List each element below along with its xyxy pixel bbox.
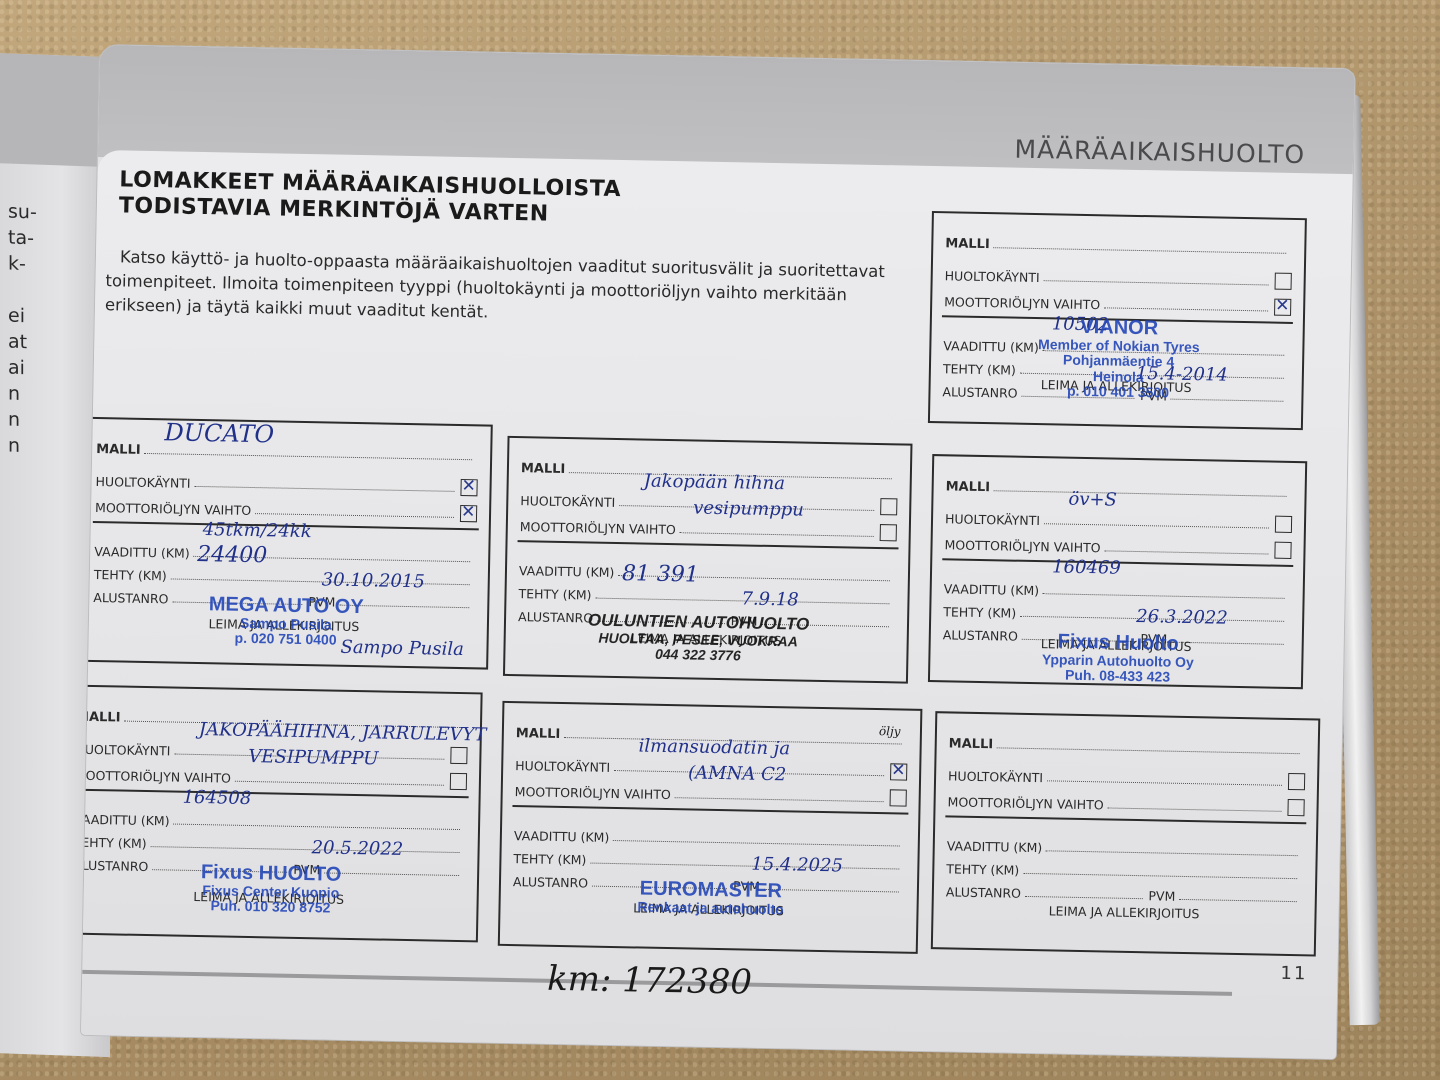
huoltokaynti-checkbox[interactable] — [1288, 773, 1305, 790]
dotted-line — [997, 747, 1300, 754]
dotted-line — [675, 797, 884, 802]
form-divider — [93, 521, 479, 530]
dotted-line — [564, 737, 902, 744]
dotted-line — [994, 490, 1287, 497]
form-row-oljynvaihto: MOOTTORIÖLJYN VAIHTO — [944, 532, 1291, 559]
dotted-line — [1046, 850, 1298, 856]
dotted-line — [1047, 780, 1282, 786]
form-row-tehty: TEHTY (KM) — [946, 856, 1303, 883]
form-divider — [945, 815, 1306, 824]
huoltokaynti-checkbox[interactable] — [890, 763, 907, 780]
dotted-line — [255, 513, 454, 518]
form-row-oljynvaihto: MOOTTORIÖLJYN VAIHTO — [81, 763, 467, 791]
form-row-oljynvaihto: MOOTTORIÖLJYN VAIHTO — [947, 789, 1304, 816]
form-label-oljynvaihto: MOOTTORIÖLJYN VAIHTO — [520, 519, 676, 537]
dotted-line — [145, 453, 473, 460]
form-label-oljynvaihto: MOOTTORIÖLJYN VAIHTO — [95, 500, 251, 518]
form-row-tehty: TEHTY (KM) — [943, 599, 1290, 626]
left-page-text-fragment: n — [8, 407, 20, 433]
form-label-oljynvaihto: MOOTTORIÖLJYN VAIHTO — [944, 537, 1100, 555]
form-row-vaadittu: VAADITTU (KM) — [947, 833, 1304, 860]
form-label-huoltokaynti: HUOLTOKÄYNTI — [515, 758, 610, 775]
form-label-malli: MALLI — [949, 736, 994, 752]
form-row-huoltokaynti: HUOLTOKÄYNTI — [95, 469, 477, 496]
page-heading: LOMAKKEET MÄÄRÄAIKAISHUOLLOISTA TODISTAV… — [119, 167, 622, 229]
section-title: MÄÄRÄAIKAISHUOLTO — [1014, 135, 1305, 170]
huoltokaynti-checkbox[interactable] — [1275, 273, 1292, 290]
form-row-malli: MALLI — [521, 456, 898, 483]
dotted-line — [1104, 307, 1268, 311]
form-label-pvm: PVM — [1148, 888, 1175, 904]
dotted-line — [1108, 807, 1282, 811]
service-stamp: Fixus HuoltoYpparin Autohuolto OyPuh. 08… — [1000, 629, 1236, 686]
form-label-oljynvaihto: MOOTTORIÖLJYN VAIHTO — [81, 768, 231, 786]
dotted-line — [124, 721, 462, 728]
form-label-vaadittu: VAADITTU (KM) — [81, 812, 170, 829]
service-stamp: MEGA AUTO OYSampo Pusilap. 020 751 0400 — [150, 592, 421, 650]
form-label-malli: MALLI — [946, 479, 991, 495]
form-label-tehty: TEHTY (KM) — [946, 861, 1019, 877]
oljynvaihto-checkbox[interactable] — [1274, 542, 1291, 559]
form-label-huoltokaynti: HUOLTOKÄYNTI — [948, 768, 1043, 785]
dotted-line — [194, 556, 471, 562]
page-number: 11 — [1280, 963, 1307, 985]
dotted-line — [1025, 896, 1143, 899]
form-divider — [518, 540, 899, 549]
left-page-text-fragment: ai — [8, 355, 25, 382]
dotted-line — [1043, 593, 1285, 599]
dotted-line — [680, 532, 874, 537]
form-row-malli: MALLI — [516, 721, 908, 749]
form-row-oljynvaihto: MOOTTORIÖLJYN VAIHTO — [515, 779, 907, 807]
dotted-line — [171, 578, 470, 585]
service-stamp: EUROMASTERRenkaat ja autohuolto — [570, 876, 851, 919]
dotted-line — [618, 575, 890, 581]
stamp-line: Puh. 08-433 423 — [1000, 667, 1235, 687]
form-row-oljynvaihto: MOOTTORIÖLJYN VAIHTO — [520, 514, 897, 541]
form-label-alustanro: ALUSTANRO — [946, 884, 1021, 900]
form-row-huoltokaynti: HUOLTOKÄYNTI — [945, 506, 1292, 533]
left-page-text-fragment: n — [8, 381, 20, 407]
form-row-malli: MALLI — [949, 731, 1306, 758]
form-label-vaadittu: VAADITTU (KM) — [519, 563, 615, 580]
service-form: MALLI HUOLTOKÄYNTI MOOTTORIÖLJYN VAIHTO … — [931, 711, 1320, 956]
dotted-line — [994, 247, 1287, 254]
form-label-huoltokaynti: HUOLTOKÄYNTI — [520, 493, 615, 510]
dotted-line — [1105, 550, 1269, 554]
handwritten-mileage-note: km: 172380 — [547, 959, 753, 1003]
left-page-text-fragment: ei — [8, 303, 25, 330]
huoltokaynti-checkbox[interactable] — [450, 747, 467, 764]
form-label-huoltokaynti: HUOLTOKÄYNTI — [945, 268, 1040, 285]
form-label-malli: MALLI — [945, 236, 990, 252]
dotted-line — [590, 863, 899, 870]
form-row-huoltokaynti: HUOLTOKÄYNTI — [515, 753, 907, 781]
dotted-line — [235, 781, 444, 786]
dotted-line — [613, 840, 900, 847]
form-label-malli: MALLI — [521, 461, 566, 477]
dotted-line — [569, 472, 892, 479]
booklet-page: MÄÄRÄAIKAISHUOLTO LOMAKKEET MÄÄRÄAIKAISH… — [81, 45, 1355, 1059]
dotted-line — [1023, 873, 1297, 879]
form-label-malli: MALLI — [96, 442, 141, 458]
service-form: MALLI HUOLTOKÄYNTI MOOTTORIÖLJYN VAIHTO … — [498, 701, 923, 954]
service-form: MALLI HUOLTOKÄYNTI MOOTTORIÖLJYN VAIHTO … — [81, 684, 483, 942]
form-row-huoltokaynti: HUOLTOKÄYNTI — [81, 737, 468, 765]
service-form: MALLI HUOLTOKÄYNTI MOOTTORIÖLJYN VAIHTO … — [928, 454, 1307, 689]
left-page-text-fragment: k- — [8, 251, 26, 278]
form-label-tehty: TEHTY (KM) — [513, 851, 586, 867]
form-label-oljynvaihto: MOOTTORIÖLJYN VAIHTO — [947, 794, 1103, 812]
form-row-huoltokaynti: HUOLTOKÄYNTI — [520, 488, 897, 515]
huoltokaynti-checkbox[interactable] — [1275, 516, 1292, 533]
huoltokaynti-checkbox[interactable] — [880, 498, 897, 515]
dotted-line — [614, 770, 884, 776]
form-row-malli: MALLI — [945, 231, 1292, 258]
form-row-huoltokaynti: HUOLTOKÄYNTI — [948, 763, 1305, 790]
dotted-line — [151, 846, 460, 853]
dotted-line — [1020, 616, 1284, 622]
service-form: MALLI HUOLTOKÄYNTI MOOTTORIÖLJYN VAIHTO … — [928, 211, 1307, 430]
dotted-line — [595, 598, 889, 605]
dotted-line — [174, 754, 444, 760]
service-form: MALLI HUOLTOKÄYNTI MOOTTORIÖLJYN VAIHTO … — [503, 436, 913, 684]
dotted-line — [173, 824, 460, 831]
form-label-malli: MALLI — [516, 726, 561, 742]
oljynvaihto-checkbox[interactable] — [1287, 799, 1304, 816]
form-label-vaadittu: VAADITTU (KM) — [94, 544, 190, 561]
form-label-huoltokaynti: HUOLTOKÄYNTI — [81, 742, 171, 759]
dotted-line — [1179, 899, 1297, 902]
form-divider — [942, 558, 1293, 567]
form-label-tehty: TEHTY (KM) — [943, 604, 1016, 620]
service-stamp: VIANORMember of Nokian TyresPohjanmäenti… — [1000, 314, 1237, 402]
form-divider — [512, 805, 908, 815]
form-row-oljynvaihto: MOOTTORIÖLJYN VAIHTO — [95, 495, 477, 522]
form-row-malli: MALLI — [946, 474, 1293, 501]
form-label-tehty: TEHTY (KM) — [81, 835, 147, 851]
dotted-line — [195, 486, 455, 492]
form-label-vaadittu: VAADITTU (KM) — [514, 828, 610, 845]
oljynvaihto-checkbox[interactable] — [460, 505, 477, 522]
left-page-text-fragment: at — [8, 329, 27, 356]
oljynvaihto-checkbox[interactable] — [890, 789, 907, 806]
oljynvaihto-checkbox[interactable] — [880, 524, 897, 541]
form-label-huoltokaynti: HUOLTOKÄYNTI — [945, 511, 1040, 528]
form-label-tehty: TEHTY (KM) — [518, 586, 591, 602]
dotted-line — [619, 505, 874, 511]
oljynvaihto-checkbox[interactable] — [1274, 299, 1291, 316]
left-page-text-fragment: su- — [8, 199, 37, 226]
left-page-text-fragment: n — [8, 433, 20, 459]
form-label-tehty: TEHTY (KM) — [94, 567, 167, 583]
form-label-oljynvaihto: MOOTTORIÖLJYN VAIHTO — [515, 784, 671, 802]
service-form: MALLI HUOLTOKÄYNTI MOOTTORIÖLJYN VAIHTO … — [81, 417, 493, 670]
form-row-malli: MALLI — [96, 437, 478, 464]
form-row-huoltokaynti: HUOLTOKÄYNTI — [945, 263, 1292, 290]
dotted-line — [1044, 523, 1269, 528]
form-label-huoltokaynti: HUOLTOKÄYNTI — [95, 474, 190, 491]
form-label-malli: MALLI — [81, 710, 121, 726]
dotted-line — [1044, 280, 1269, 285]
form-divider — [81, 789, 469, 799]
form-row-malli: MALLI — [81, 705, 468, 733]
form-label-vaadittu: VAADITTU (KM) — [944, 581, 1040, 598]
form-label-oljynvaihto: MOOTTORIÖLJYN VAIHTO — [944, 294, 1100, 312]
left-page-header-band — [0, 53, 110, 167]
oljynvaihto-checkbox[interactable] — [450, 773, 467, 790]
left-page-text-fragment: ta- — [8, 225, 34, 252]
form-label-vaadittu: VAADITTU (KM) — [947, 838, 1043, 855]
service-stamp: Fixus HUOLTOFixus Center KuopioPuh. 010 … — [130, 860, 411, 918]
form-row-vaadittu: VAADITTU (KM) — [944, 576, 1291, 603]
huoltokaynti-checkbox[interactable] — [460, 479, 477, 496]
form-row-oljynvaihto: MOOTTORIÖLJYN VAIHTO — [944, 289, 1291, 316]
service-stamp: OULUNTIEN AUTOHUOLTOHUOLTAA, PESEE, VUOK… — [565, 611, 831, 666]
